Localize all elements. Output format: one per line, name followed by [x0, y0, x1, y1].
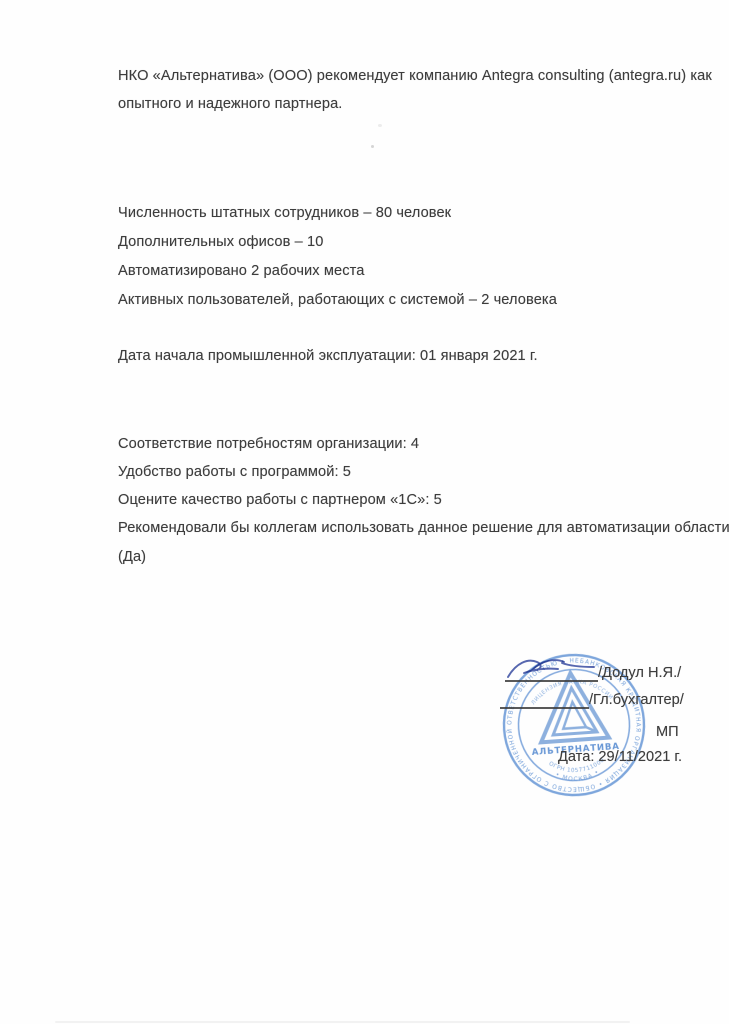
rating-line-usability: Удобство работы с программой: 5	[118, 463, 351, 481]
scan-speck	[371, 145, 374, 148]
signature-date: Дата: 29/11/2021 г.	[558, 749, 682, 765]
launch-date-line: Дата начала промышленной эксплуатации: 0…	[118, 347, 538, 365]
intro-paragraph-line-2: опытного и надежного партнера.	[118, 95, 342, 113]
handwritten-signature	[504, 653, 612, 687]
scan-speck	[378, 124, 382, 127]
stat-line-employees: Численность штатных сотрудников – 80 чел…	[118, 204, 451, 222]
signature-scribble-graphic	[504, 653, 612, 687]
stat-line-active-users: Активных пользователей, работающих с сис…	[118, 291, 557, 309]
signature-role: /Гл.бухгалтер/	[589, 692, 684, 708]
rating-line-answer-yes: (Да)	[118, 548, 146, 566]
seal-mark-label: МП	[656, 724, 679, 740]
signature-rule-2	[500, 707, 589, 709]
scanned-document-page: НКО «Альтернатива» (ООО) рекомендует ком…	[0, 0, 729, 1024]
signature-name: /Додул Н.Я./	[598, 665, 681, 681]
stat-line-workplaces: Автоматизировано 2 рабочих места	[118, 262, 364, 280]
rating-line-partner-quality: Оцените качество работы с партнером «1С»…	[118, 491, 442, 509]
scan-edge-shadow	[55, 1021, 630, 1023]
rating-line-fit: Соответствие потребностям организации: 4	[118, 435, 419, 453]
stat-line-offices: Дополнительных офисов – 10	[118, 233, 323, 251]
intro-paragraph-line-1: НКО «Альтернатива» (ООО) рекомендует ком…	[118, 67, 690, 85]
signature-rule-1	[505, 680, 598, 682]
rating-line-recommend: Рекомендовали бы коллегам использовать д…	[118, 519, 729, 537]
